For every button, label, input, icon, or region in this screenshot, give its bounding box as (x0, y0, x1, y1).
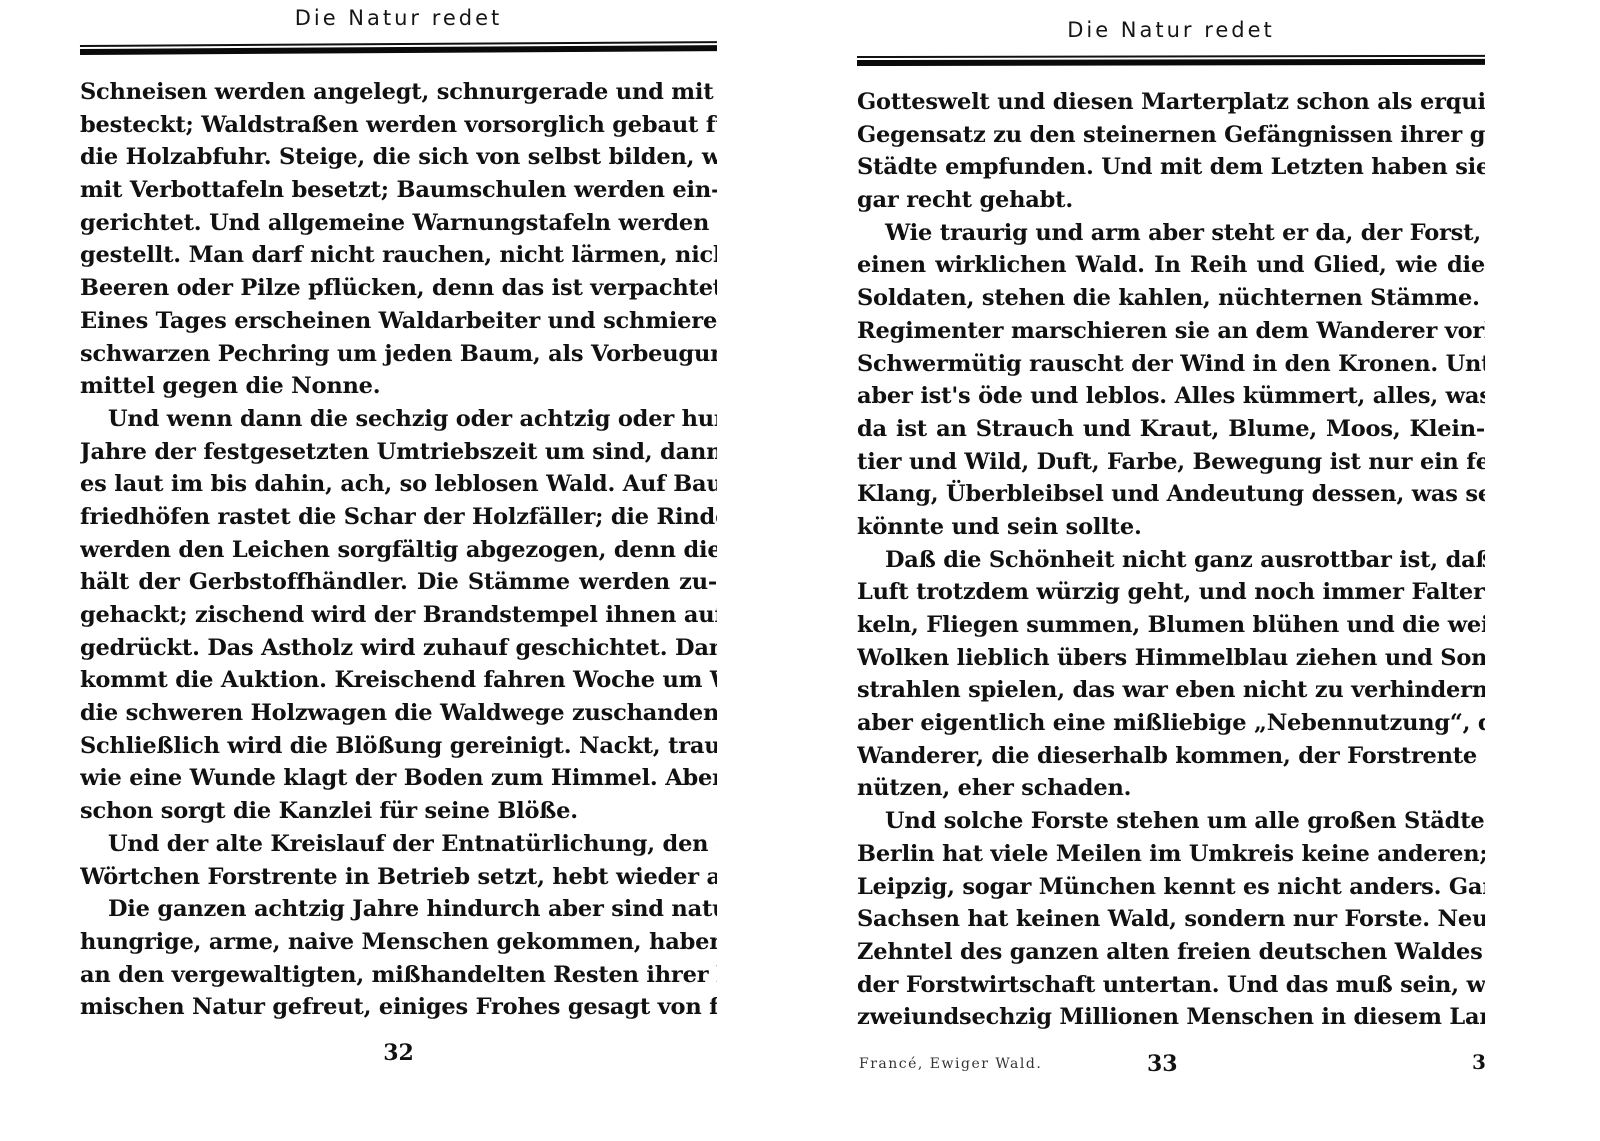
text-line: es laut im bis dahin, ach, so leblosen W… (80, 468, 717, 501)
text-line: Die ganzen achtzig Jahre hindurch aber s… (80, 893, 717, 926)
running-head: Die Natur redet (80, 6, 717, 30)
text-line: mit Verbottafeln besetzt; Baumschulen we… (80, 174, 717, 207)
text-line: mischen Natur gefreut, einiges Frohes ge… (80, 991, 717, 1024)
text-line: Schließlich wird die Blößung gereinigt. … (80, 730, 717, 763)
text-line: Und solche Forste stehen um alle großen … (857, 805, 1485, 838)
text-line: aber ist's öde und leblos. Alles kümmert… (857, 380, 1485, 413)
text-line: wie eine Wunde klagt der Boden zum Himme… (80, 762, 717, 795)
text-line: nützen, eher schaden. (857, 772, 1485, 805)
text-line: hungrige, arme, naive Menschen gekommen,… (80, 926, 717, 959)
text-line: Und der alte Kreislauf der Entnatürlichu… (80, 828, 717, 861)
text-line: keln, Fliegen summen, Blumen blühen und … (857, 609, 1485, 642)
text-line: Gegensatz zu den steinernen Gefängnissen… (857, 119, 1485, 152)
page-number: 33 (1147, 1051, 1178, 1077)
text-line: zweiundsechzig Millionen Menschen in die… (857, 1001, 1485, 1034)
text-line: mittel gegen die Nonne. (80, 370, 717, 403)
text-line: der Forstwirtschaft untertan. Und das mu… (857, 969, 1485, 1002)
body-text: Schneisen werden angelegt, schnurgerade … (80, 76, 717, 1024)
signature-line: Francé, Ewiger Wald. (859, 1056, 1042, 1072)
text-line: Wanderer, die dieserhalb kommen, der For… (857, 740, 1485, 773)
text-line: gedrückt. Das Astholz wird zuhauf geschi… (80, 632, 717, 665)
text-line: gehackt; zischend wird der Brandstempel … (80, 599, 717, 632)
text-line: Klang, Überbleibsel und Andeutung dessen… (857, 478, 1485, 511)
text-line: hält der Gerbstoffhändler. Die Stämme we… (80, 566, 717, 599)
text-line: Leipzig, sogar München kennt es nicht an… (857, 871, 1485, 904)
text-line: Beeren oder Pilze pflücken, denn das ist… (80, 272, 717, 305)
text-line: aber eigentlich eine mißliebige „Nebennu… (857, 707, 1485, 740)
text-line: werden den Leichen sorgfältig abgezogen,… (80, 534, 717, 567)
signature-mark: 3 (1472, 1050, 1486, 1074)
text-line: einen wirklichen Wald. In Reih und Glied… (857, 249, 1485, 282)
text-line: Zehntel des ganzen alten freien deutsche… (857, 936, 1485, 969)
text-line: Luft trotzdem würzig geht, und noch imme… (857, 576, 1485, 609)
text-line: die Holzabfuhr. Steige, die sich von sel… (80, 141, 717, 174)
text-line: Schneisen werden angelegt, schnurgerade … (80, 76, 717, 109)
header-double-rule (857, 55, 1485, 66)
text-line: Wie traurig und arm aber steht er da, de… (857, 217, 1485, 250)
text-line: strahlen spielen, das war eben nicht zu … (857, 674, 1485, 707)
text-line: an den vergewaltigten, mißhandelten Rest… (80, 959, 717, 992)
text-line: gestellt. Man darf nicht rauchen, nicht … (80, 239, 717, 272)
page-number: 32 (80, 1040, 717, 1066)
text-line: schwarzen Pechring um jeden Baum, als Vo… (80, 338, 717, 371)
text-line: könnte und sein sollte. (857, 511, 1485, 544)
text-line: Jahre der festgesetzten Umtriebszeit um … (80, 436, 717, 469)
text-line: gar recht gehabt. (857, 184, 1485, 217)
text-line: besteckt; Waldstraßen werden vorsorglich… (80, 109, 717, 142)
text-line: die schweren Holzwagen die Waldwege zusc… (80, 697, 717, 730)
text-line: tier und Wild, Duft, Farbe, Bewegung ist… (857, 446, 1485, 479)
book-gutter (790, 0, 792, 1141)
header-double-rule (80, 41, 717, 55)
text-line: Gotteswelt und diesen Marterplatz schon … (857, 86, 1485, 119)
text-line: friedhöfen rastet die Schar der Holzfäll… (80, 501, 717, 534)
text-line: Eines Tages erscheinen Waldarbeiter und … (80, 305, 717, 338)
text-line: Daß die Schönheit nicht ganz ausrottbar … (857, 544, 1485, 577)
text-line: Schwermütig rauscht der Wind in den Kron… (857, 348, 1485, 381)
text-line: schon sorgt die Kanzlei für seine Blöße. (80, 795, 717, 828)
text-line: gerichtet. Und allgemeine Warnungstafeln… (80, 207, 717, 240)
text-line: da ist an Strauch und Kraut, Blume, Moos… (857, 413, 1485, 446)
text-line: Wolken lieblich übers Himmelblau ziehen … (857, 642, 1485, 675)
text-line: Wörtchen Forstrente in Betrieb setzt, he… (80, 861, 717, 894)
text-line: Soldaten, stehen die kahlen, nüchternen … (857, 282, 1485, 315)
text-line: kommt die Auktion. Kreischend fahren Woc… (80, 664, 717, 697)
text-line: Berlin hat viele Meilen im Umkreis keine… (857, 838, 1485, 871)
text-line: Regimenter marschieren sie an dem Wander… (857, 315, 1485, 348)
text-line: Sachsen hat keinen Wald, sondern nur For… (857, 903, 1485, 936)
body-text: Gotteswelt und diesen Marterplatz schon … (857, 86, 1485, 1034)
text-line: Und wenn dann die sechzig oder achtzig o… (80, 403, 717, 436)
running-head: Die Natur redet (857, 18, 1485, 42)
text-line: Städte empfunden. Und mit dem Letzten ha… (857, 151, 1485, 184)
